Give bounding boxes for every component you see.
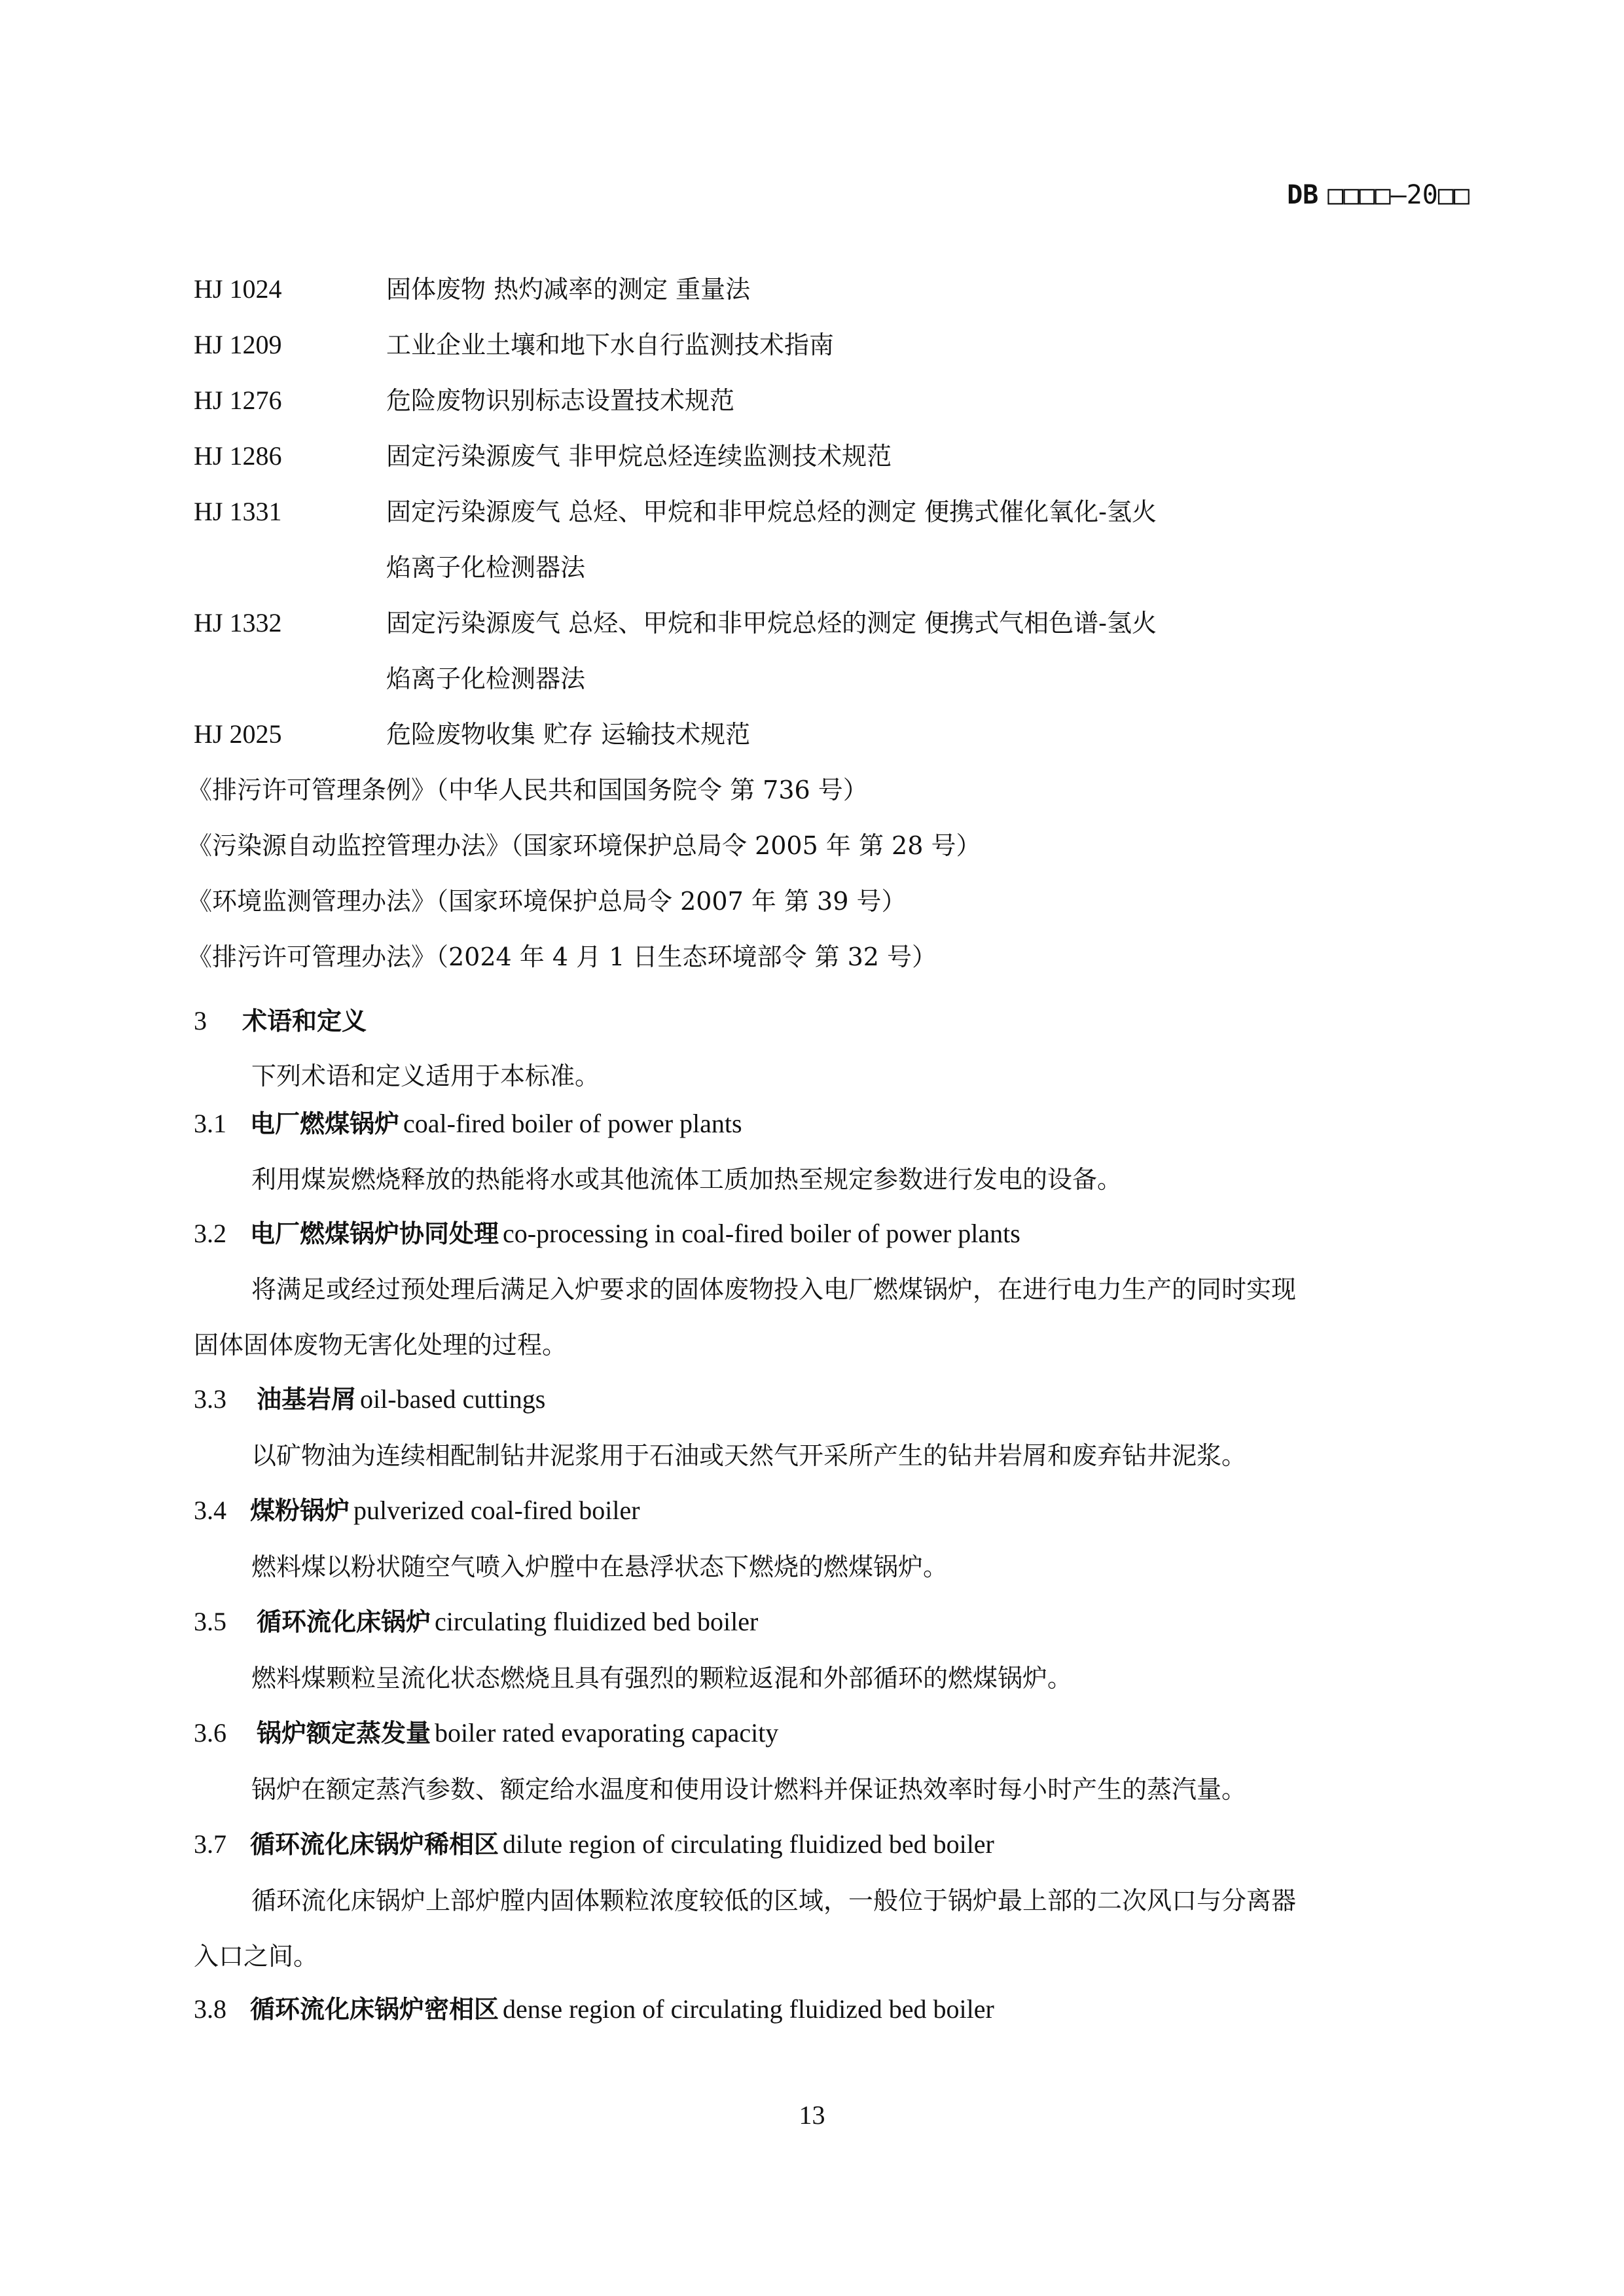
reference-title-continuation: 焰离子化检测器法 [386,548,585,587]
definition-line: 燃料煤以粉状随空气喷入炉膛中在悬浮状态下燃烧的燃煤锅炉。 [194,1539,1464,1595]
term-en: circulating fluidized bed boiler [435,1607,758,1636]
definition-line: 锅炉在额定蒸汽参数、额定给水温度和使用设计燃料并保证热效率时每小时产生的蒸汽量。 [194,1762,1464,1818]
term-number: 3.7 [194,1825,226,1864]
reference-title: 危险废物收集 贮存 运输技术规范 [386,715,750,754]
reference-code: HJ 1332 [194,603,281,643]
definition-line: 以矿物油为连续相配制钻井泥浆用于石油或天然气开采所产生的钻井岩屑和废弃钻井泥浆。 [194,1428,1464,1484]
term-number: 3.1 [194,1104,226,1143]
definition-line: 利用煤炭燃烧释放的热能将水或其他流体工质加热至规定参数进行发电的设备。 [194,1152,1464,1208]
reference-title: 固体废物 热灼减率的测定 重量法 [386,270,750,309]
definition-line: 固体固体废物无害化处理的过程。 [194,1318,1464,1373]
reference-code: HJ 1276 [194,381,281,420]
header-prefix: DB [1287,180,1318,210]
term-number: 3.2 [194,1214,226,1253]
page-number: 13 [0,2100,1624,2130]
definition-line: 燃料煤颗粒呈流化状态燃烧且具有强烈的颗粒返混和外部循环的燃煤锅炉。 [194,1651,1464,1706]
term-number: 3.6 [194,1713,226,1753]
term-en: pulverized coal-fired boiler [353,1496,640,1525]
term-en: boiler rated evaporating capacity [435,1718,778,1748]
section-title: 术语和定义 [242,1001,367,1041]
term-zh: 循环流化床锅炉 [257,1607,431,1636]
section-number: 3 [194,1001,207,1041]
header-code: □□□□—20□□ [1327,180,1470,210]
reference-code: HJ 1331 [194,492,281,531]
term-zh: 油基岩屑 [257,1385,356,1414]
reference-code: HJ 1024 [194,270,281,309]
term-number: 3.5 [194,1602,226,1641]
regulation-item: 《排污许可管理条例》（中华人民共和国国务院令 第 736 号） [187,770,868,810]
definition-line: 将满足或经过预处理后满足入炉要求的固体废物投入电厂燃煤锅炉，在进行电力生产的同时… [194,1262,1464,1318]
regulation-item: 《污染源自动监控管理办法》（国家环境保护总局令 2005 年 第 28 号） [187,826,981,865]
reference-code: HJ 1209 [194,325,281,365]
term-zh: 循环流化床锅炉稀相区 [250,1830,499,1859]
term-number: 3.3 [194,1380,226,1419]
term-zh: 锅炉额定蒸发量 [257,1719,431,1748]
term-definition: 燃料煤以粉状随空气喷入炉膛中在悬浮状态下燃烧的燃煤锅炉。 [194,1539,1464,1595]
term-definition: 将满足或经过预处理后满足入炉要求的固体废物投入电厂燃煤锅炉，在进行电力生产的同时… [194,1262,1464,1373]
term-zh: 电厂燃煤锅炉协同处理 [250,1219,499,1248]
definition-line: 循环流化床锅炉上部炉膛内固体颗粒浓度较低的区域，一般位于锅炉最上部的二次风口与分… [194,1873,1464,1929]
reference-title-continuation: 焰离子化检测器法 [386,659,585,698]
reference-title: 固定污染源废气 非甲烷总烃连续监测技术规范 [386,437,892,476]
term-zh: 煤粉锅炉 [250,1496,350,1525]
regulation-item: 《排污许可管理办法》（2024 年 4 月 1 日生态环境部令 第 32 号） [187,937,937,977]
term-en: oil-based cuttings [360,1384,545,1414]
reference-title: 工业企业土壤和地下水自行监测技术指南 [386,325,834,365]
term-en: dilute region of circulating fluidized b… [503,1829,994,1859]
definition-line: 入口之间。 [194,1929,1464,1984]
term-en: dense region of circulating fluidized be… [503,1994,994,2024]
term-zh: 循环流化床锅炉密相区 [250,1995,499,2024]
reference-code: HJ 2025 [194,715,281,754]
term-definition: 以矿物油为连续相配制钻井泥浆用于石油或天然气开采所产生的钻井岩屑和废弃钻井泥浆。 [194,1428,1464,1484]
term-definition: 燃料煤颗粒呈流化状态燃烧且具有强烈的颗粒返混和外部循环的燃煤锅炉。 [194,1651,1464,1706]
term-number: 3.8 [194,1990,226,2029]
term-en: co-processing in coal-fired boiler of po… [503,1219,1020,1248]
term-definition: 锅炉在额定蒸汽参数、额定给水温度和使用设计燃料并保证热效率时每小时产生的蒸汽量。 [194,1762,1464,1818]
term-definition: 利用煤炭燃烧释放的热能将水或其他流体工质加热至规定参数进行发电的设备。 [194,1152,1464,1208]
term-en: coal-fired boiler of power plants [403,1109,742,1138]
standard-number-header: DB□□□□—20□□ [1287,175,1470,215]
reference-code: HJ 1286 [194,437,281,476]
regulation-item: 《环境监测管理办法》（国家环境保护总局令 2007 年 第 39 号） [187,882,906,921]
intro-text: 下列术语和定义适用于本标准。 [194,1049,1464,1104]
section-intro: 下列术语和定义适用于本标准。 [194,1049,1464,1104]
term-definition: 循环流化床锅炉上部炉膛内固体颗粒浓度较低的区域，一般位于锅炉最上部的二次风口与分… [194,1873,1464,1984]
reference-title: 危险废物识别标志设置技术规范 [386,381,734,420]
term-zh: 电厂燃煤锅炉 [250,1109,399,1138]
reference-title: 固定污染源废气 总烃、甲烷和非甲烷总烃的测定 便携式催化氧化-氢火 [386,492,1157,531]
term-number: 3.4 [194,1491,226,1530]
reference-title: 固定污染源废气 总烃、甲烷和非甲烷总烃的测定 便携式气相色谱-氢火 [386,603,1157,643]
document-page: DB□□□□—20□□ HJ 1024 固体废物 热灼减率的测定 重量法 HJ … [0,0,1624,2296]
